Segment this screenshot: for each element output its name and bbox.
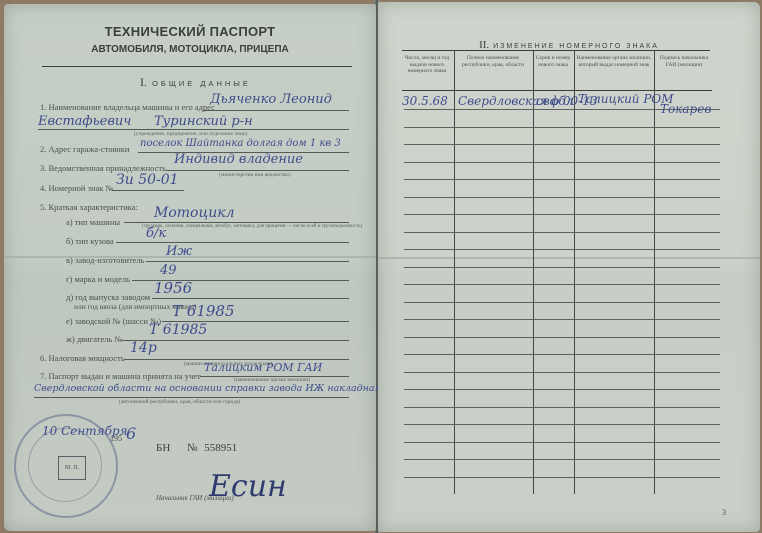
row-rule <box>404 302 720 303</box>
issued-hint-2: (автономной республики, края, области ил… <box>119 399 240 405</box>
issued-authority-value: Талицким РОМ ГАИ <box>204 361 322 374</box>
row-rule <box>404 232 720 233</box>
tax-label: 6. Налоговая мощность <box>40 353 125 363</box>
chief-signature: Есин <box>209 469 287 504</box>
body-value: б/к <box>146 226 166 241</box>
row-signature: Токарев <box>660 102 711 116</box>
garage-label: 2. Адрес гаража-стоянки <box>40 144 129 154</box>
issued-line-2 <box>34 397 349 398</box>
page-fold <box>378 257 760 259</box>
dept-hint: (министерство или ведомство) <box>219 172 291 178</box>
row-rule <box>404 442 720 443</box>
row-rule <box>404 214 720 215</box>
row-rule <box>404 354 720 355</box>
row-rule <box>404 424 720 425</box>
maker-value: Иж <box>166 244 192 259</box>
col-header-plate: Серия и номер нового знака <box>534 55 572 68</box>
col-divider <box>533 50 534 494</box>
row-rule <box>404 284 720 285</box>
dept-line <box>166 170 349 171</box>
plate-value: Зи 50-01 <box>116 172 179 188</box>
row-rule <box>404 477 720 478</box>
chassis-value: Т 61985 <box>172 302 235 320</box>
year-label: д) год выпуска заводом <box>66 292 150 302</box>
issue-year-digit: 6 <box>126 424 136 443</box>
maker-line <box>146 261 349 262</box>
document-title: ТЕХНИЧЕСКИЙ ПАСПОРТ <box>4 24 376 39</box>
row-rule <box>404 127 720 128</box>
issue-year-prefix: 195 <box>110 434 122 443</box>
stamp-seal-box: М. П. <box>58 456 86 480</box>
plate-label: 4. Номерной знак № <box>40 183 114 193</box>
serial-number-label: № <box>187 442 198 454</box>
issued-region-value: Свердловской области на основании справк… <box>34 383 381 394</box>
owner-label: 1. Наименование владельца машины и его а… <box>40 102 215 112</box>
row-rule <box>404 144 720 145</box>
row-rule <box>404 162 720 163</box>
row-rule <box>404 337 720 338</box>
col-header-authority: Наименование органа милиции, который выд… <box>576 55 652 68</box>
row-rule <box>404 407 720 408</box>
dept-value: Индивид владение <box>174 152 303 167</box>
tax-value: 14р <box>130 340 157 356</box>
section-heading: I. ОБЩИЕ ДАННЫЕ <box>140 75 251 90</box>
page-number: 3 <box>722 508 726 517</box>
body-label: б) тип кузова <box>66 236 114 246</box>
passport-serial: БН № 558951 <box>156 442 251 454</box>
left-page: ТЕХНИЧЕСКИЙ ПАСПОРТ АВТОМОБИЛЯ, МОТОЦИКЛ… <box>4 4 376 531</box>
right-page: II. ИЗМЕНЕНИЕ НОМЕРНОГО ЗНАКА Число, мес… <box>378 2 760 532</box>
owner-hint: (учреждение, предприятие, или отдельное … <box>134 131 248 137</box>
document-subtitle: АВТОМОБИЛЯ, МОТОЦИКЛА, ПРИЦЕПА <box>4 44 376 55</box>
row-date: 30.5.68 <box>402 94 448 108</box>
row-rule <box>404 179 720 180</box>
col-divider <box>454 50 455 494</box>
type-line <box>124 222 349 223</box>
type-hint: (грузовик, легковая, специальная, автобу… <box>142 224 362 229</box>
tax-line <box>124 359 349 360</box>
serial-series: БН <box>156 442 170 454</box>
col-header-signature: Подпись начальника ГАИ (милиции) <box>656 55 712 68</box>
col-header-date: Число, месяц и год выдачи нового номерно… <box>402 55 452 75</box>
owner-line-2 <box>38 129 349 130</box>
row-rule <box>404 267 720 268</box>
col-divider <box>654 50 655 494</box>
row-rule <box>404 459 720 460</box>
col-header-region: Полное наименование республики, края, об… <box>456 55 530 68</box>
body-line <box>116 242 349 243</box>
serial-number: 558951 <box>204 442 237 454</box>
chassis-label: е) заводской № (шасси №) <box>66 316 161 326</box>
plate-line <box>112 190 184 191</box>
row-rule <box>404 197 720 198</box>
brief-label: 5. Краткая характеристика: <box>40 202 138 212</box>
year-line <box>152 298 349 299</box>
year-value: 1956 <box>154 279 192 297</box>
owner-name-value: Дьяченко Леонид <box>210 92 332 107</box>
maker-label: в) завод-изготовитель <box>66 255 145 265</box>
model-label: г) марка и модель <box>66 274 130 284</box>
row-rule <box>404 372 720 373</box>
row-rule <box>404 249 720 250</box>
engine-value: Т 61985 <box>149 322 207 338</box>
owner-district-value: Туринский р-н <box>154 114 253 129</box>
title-rule <box>42 66 352 67</box>
engine-label: ж) двигатель № <box>66 334 123 344</box>
type-label: а) тип машины <box>66 217 120 227</box>
row-rule <box>404 319 720 320</box>
garage-value: поселок Шайтанка долгая дом 1 кв 3 <box>140 138 341 149</box>
type-value: Мотоцикл <box>154 205 235 221</box>
row-rule <box>404 389 720 390</box>
col-divider <box>574 50 575 494</box>
owner-patronymic-value: Евстафьевич <box>38 114 131 129</box>
header-bottom-rule <box>402 90 712 91</box>
model-value: 49 <box>160 263 177 278</box>
issued-label: 7. Паспорт выдан и машина принята на уче… <box>40 371 201 381</box>
owner-line <box>204 110 349 111</box>
table-top-rule <box>402 50 710 51</box>
